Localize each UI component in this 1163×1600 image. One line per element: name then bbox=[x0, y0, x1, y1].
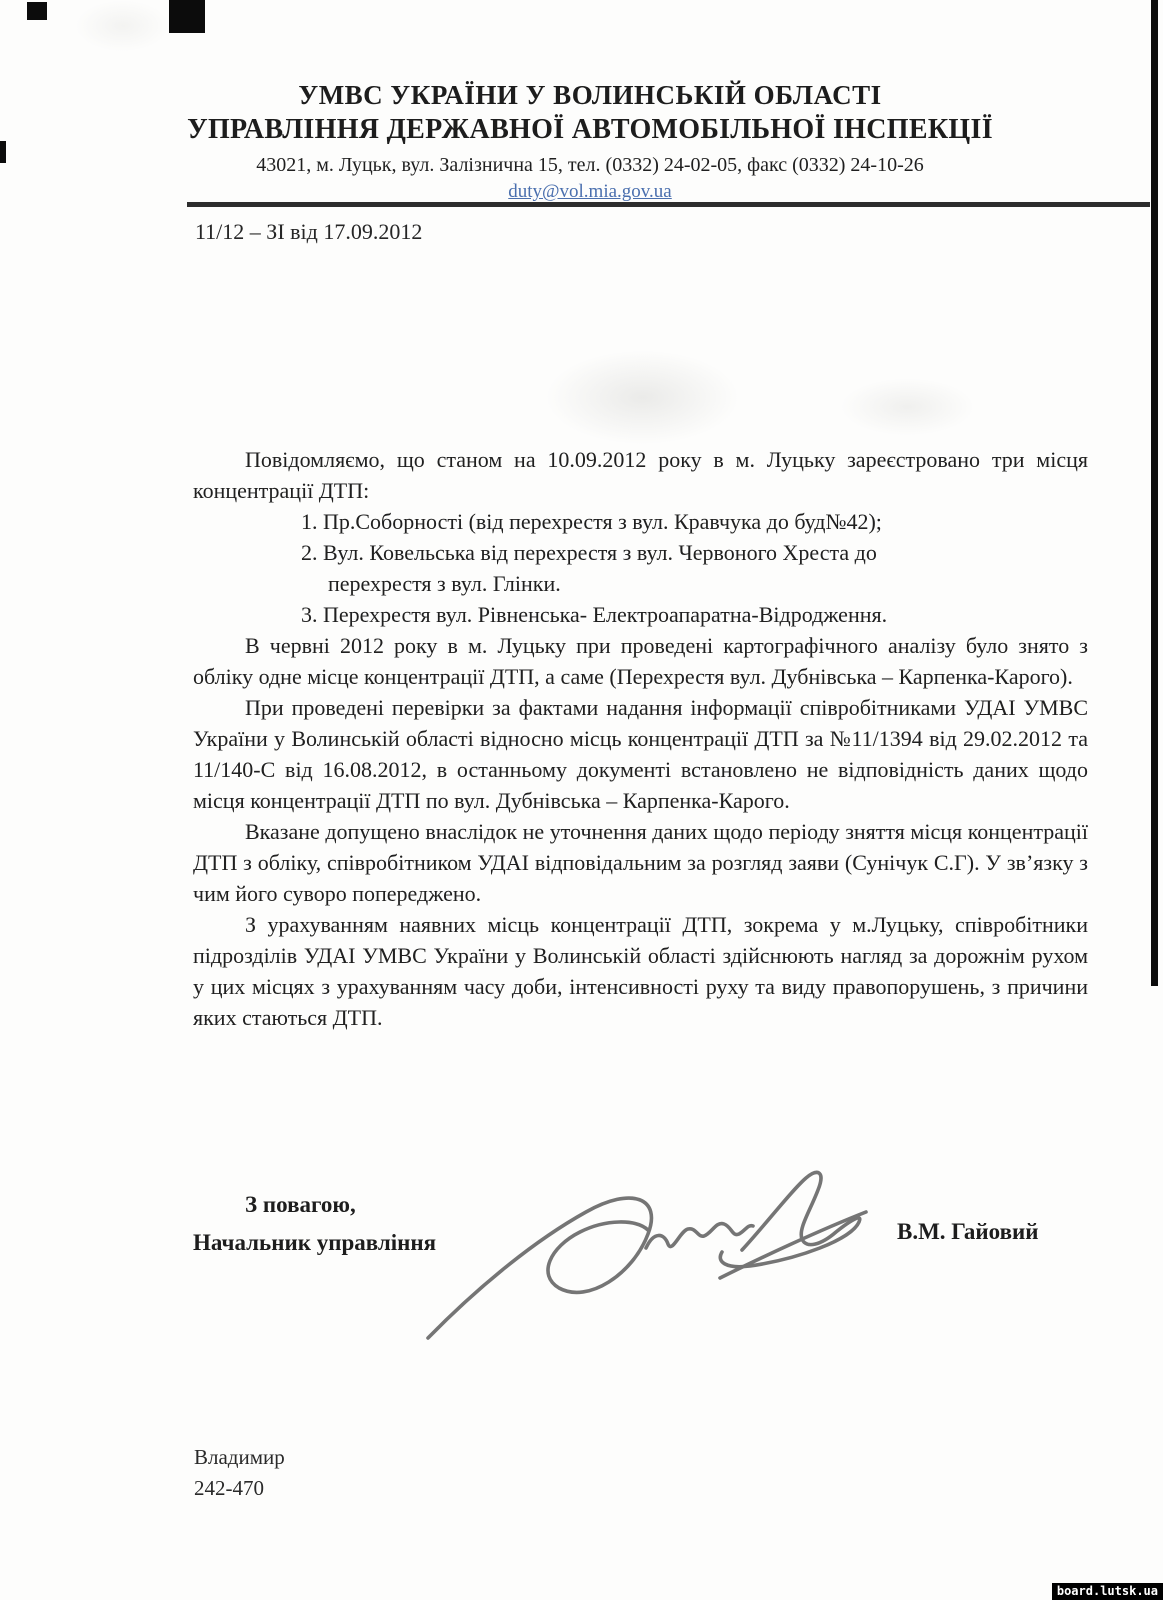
org-email-row: duty@vol.mia.gov.ua bbox=[90, 181, 1090, 203]
org-name-line2: УПРАВЛІННЯ ДЕРЖАВНОЇ АВТОМОБІЛЬНОЇ ІНСПЕ… bbox=[90, 114, 1090, 146]
document-body: Повідомляємо, що станом на 10.09.2012 ро… bbox=[193, 444, 1088, 1033]
list-item-line1: 2. Вул. Ковельська від перехрестя з вул.… bbox=[301, 540, 877, 565]
accident-locations-list: 1. Пр.Соборності (від перехрестя з вул. … bbox=[301, 506, 1088, 630]
reference-number: 11/12 – ЗІ від 17.09.2012 bbox=[195, 219, 422, 245]
paragraph-intro: Повідомляємо, що станом на 10.09.2012 ро… bbox=[193, 444, 1088, 506]
letterhead-divider bbox=[187, 202, 1150, 207]
scan-smudge bbox=[75, 0, 170, 52]
letterhead: УМВС УКРАЇНИ У ВОЛИНСЬКІЙ ОБЛАСТІ УПРАВЛ… bbox=[90, 80, 1090, 203]
paragraph-5: З урахуванням наявних місць концентрації… bbox=[193, 909, 1088, 1033]
list-item: 1. Пр.Соборності (від перехрестя з вул. … bbox=[301, 506, 1088, 537]
list-item: 2. Вул. Ковельська від перехрестя з вул.… bbox=[301, 537, 1088, 599]
contact-phone: 242-470 bbox=[194, 1473, 285, 1504]
scan-smudge bbox=[840, 378, 975, 436]
closing-salutation: З повагою, bbox=[245, 1192, 356, 1218]
list-item: 3. Перехрестя вул. Рівненська- Електроап… bbox=[301, 599, 1088, 630]
scan-artifact-top bbox=[169, 0, 205, 33]
scan-smudge bbox=[545, 350, 740, 445]
scan-artifact-left-edge bbox=[0, 141, 6, 163]
watermark-badge: board.lutsk.ua bbox=[1052, 1583, 1163, 1600]
footer-contact: Владимир 242-470 bbox=[194, 1442, 285, 1504]
scan-artifact-right-edge bbox=[1151, 0, 1158, 986]
list-item-line2: перехрестя з вул. Глінки. bbox=[301, 568, 1088, 599]
email-link[interactable]: duty@vol.mia.gov.ua bbox=[508, 181, 672, 202]
org-name-line1: УМВС УКРАЇНИ У ВОЛИНСЬКІЙ ОБЛАСТІ bbox=[90, 80, 1090, 111]
paragraph-2: В червні 2012 року в м. Луцьку при прове… bbox=[193, 630, 1088, 692]
scanned-letter-page: УМВС УКРАЇНИ У ВОЛИНСЬКІЙ ОБЛАСТІ УПРАВЛ… bbox=[0, 0, 1163, 1600]
paragraph-3: При проведені перевірки за фактами надан… bbox=[193, 692, 1088, 816]
scan-artifact-top-left bbox=[27, 2, 47, 20]
signature-icon bbox=[420, 1158, 870, 1343]
org-address: 43021, м. Луцьк, вул. Залізнична 15, тел… bbox=[90, 154, 1090, 177]
paragraph-4: Вказане допущено внаслідок не уточнення … bbox=[193, 816, 1088, 909]
contact-name: Владимир bbox=[194, 1442, 285, 1473]
signer-position: Начальник управління bbox=[193, 1230, 436, 1256]
signer-name: В.М. Гайовий bbox=[897, 1219, 1039, 1245]
